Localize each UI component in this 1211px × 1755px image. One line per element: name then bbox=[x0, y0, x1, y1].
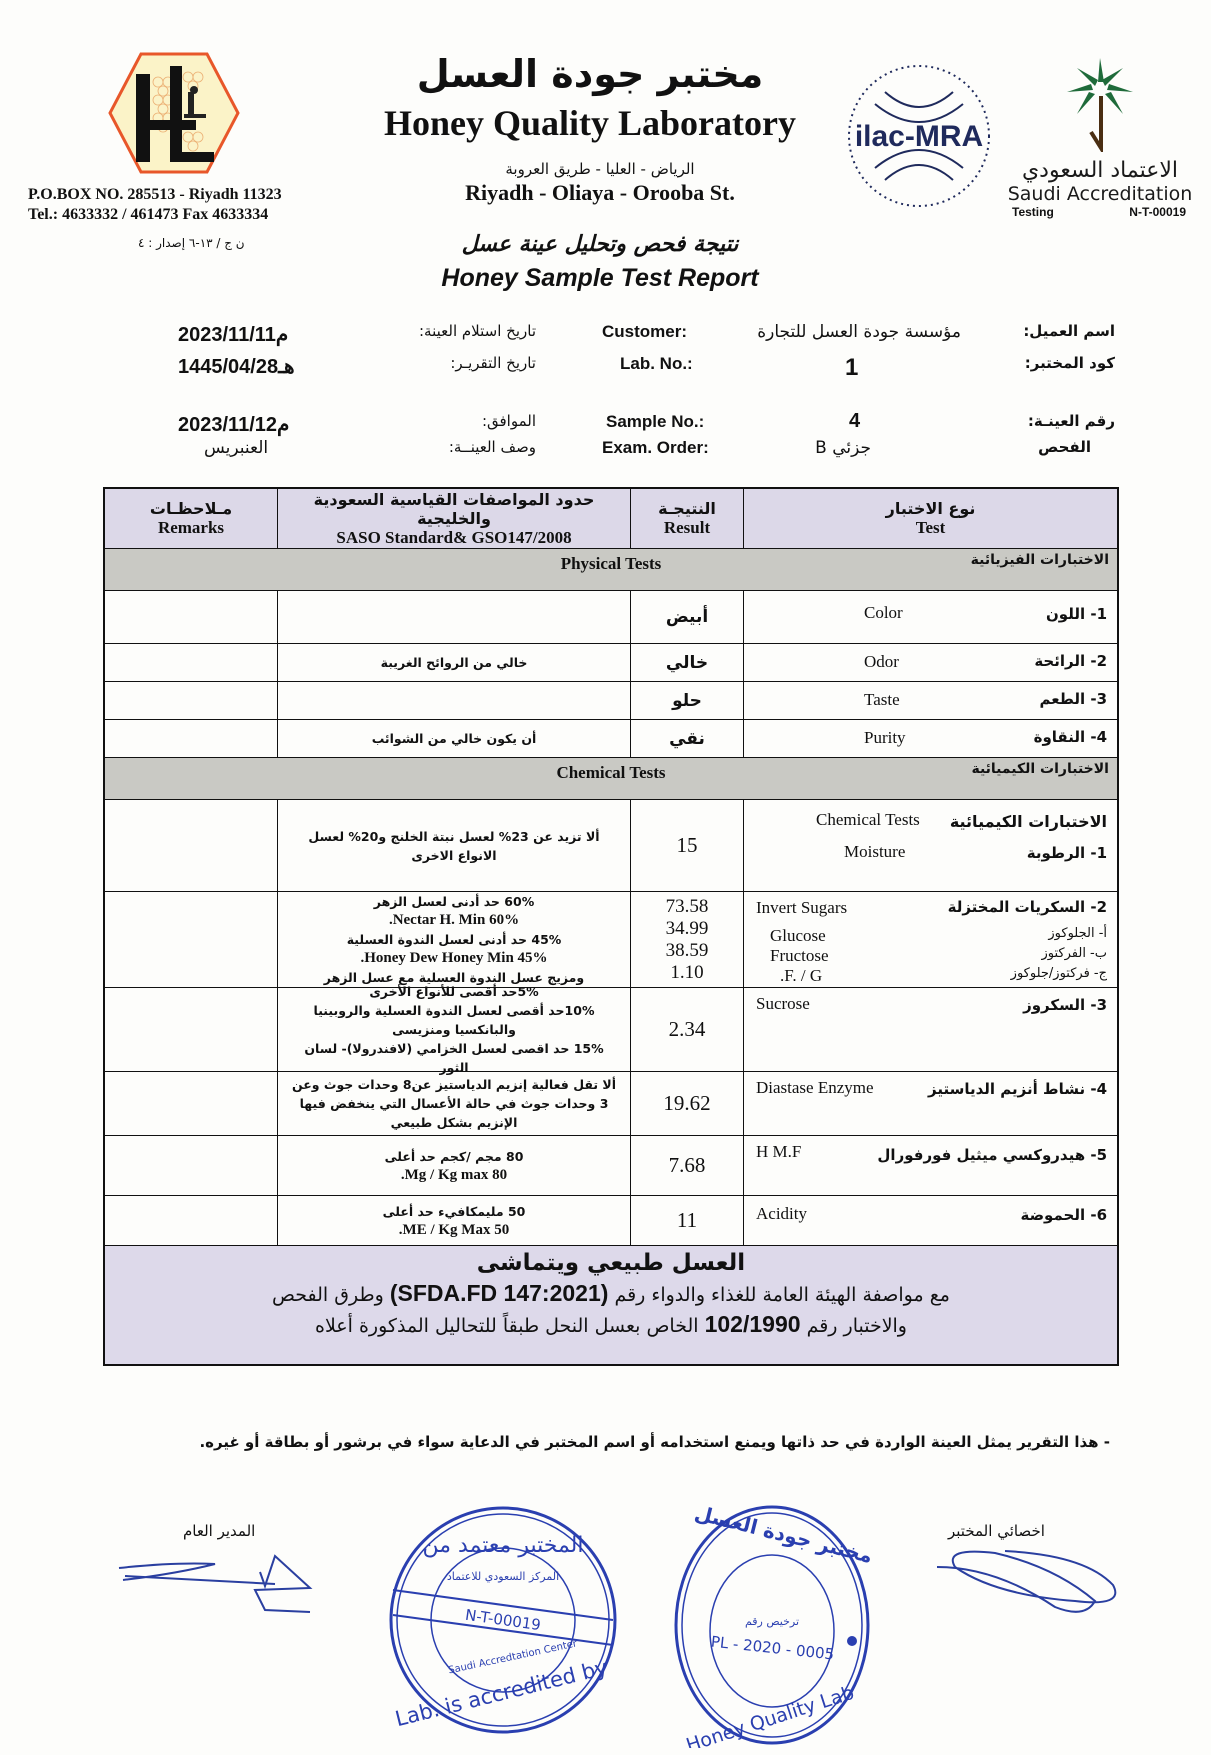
exam-order-label-en: Exam. Order: bbox=[602, 438, 709, 458]
accreditation-name-en: Saudi Accreditation bbox=[1000, 183, 1200, 205]
received-date-value: 2023/11/11م bbox=[178, 322, 288, 347]
report-date-label: تاريخ التقريـر: bbox=[450, 354, 536, 372]
verdict-line-2: مع مواصفة الهيئة العامة للغذاء والدواء ر… bbox=[105, 1280, 1117, 1307]
sample-no-label-en: Sample No.: bbox=[606, 412, 704, 432]
general-manager-signature bbox=[115, 1550, 315, 1620]
verdict-line-3: والاختبار رقم 102/1990 الخاص بعسل النحل … bbox=[105, 1311, 1117, 1338]
table-row-hmf: 5- هيدروكسي ميثيل فورفورال H M.F 7.68 80… bbox=[105, 1136, 1117, 1196]
lab-no-label-ar: كود المختبر: bbox=[1025, 354, 1115, 372]
customer-label-en: Customer: bbox=[602, 322, 687, 342]
table-row-diastase: 4- نشاط أنزيم الدياستيز Diastase Enzyme … bbox=[105, 1072, 1117, 1136]
results-table: نوع الاختبار Test النتيجـة Result حدود ا… bbox=[103, 487, 1119, 1366]
sample-no-label-ar: رقم العينـة: bbox=[1028, 412, 1115, 430]
svg-text:المختبر معتمد من: المختبر معتمد من bbox=[423, 1533, 584, 1558]
lab-no-value: 1 bbox=[845, 354, 858, 382]
table-row-sucrose: 3- السكروز Sucrose 2.34 5%حد أقصى للأنوا… bbox=[105, 988, 1117, 1072]
report-date-value: 1445/04/28هـ bbox=[178, 354, 295, 379]
palm-star-icon bbox=[1065, 56, 1135, 152]
accreditation-stamp: المختبر معتمد من المركز السعودي للاعتماد… bbox=[383, 1500, 623, 1740]
received-date-label: تاريخ استلام العينة: bbox=[419, 322, 536, 340]
svg-text:المركز السعودي للاعتماد: المركز السعودي للاعتماد bbox=[447, 1570, 559, 1583]
table-header: نوع الاختبار Test النتيجـة Result حدود ا… bbox=[105, 489, 1117, 549]
svg-text:ترخيص رقم: ترخيص رقم bbox=[745, 1615, 799, 1628]
po-box: P.O.BOX NO. 285513 - Riyadh 11323 bbox=[28, 185, 328, 205]
lab-logo bbox=[108, 52, 240, 174]
report-title-ar: نتيجة فحص وتحليل عينة عسل bbox=[410, 232, 790, 257]
lab-name-ar: مختبر جودة العسل bbox=[390, 52, 790, 96]
accreditation-code: N-T-00019 bbox=[1129, 205, 1186, 219]
table-row-color: 1- اللونColor أبيض bbox=[105, 591, 1117, 644]
honeycomb-microscope-icon bbox=[108, 52, 240, 174]
svg-text:Lab. is accredited by: Lab. is accredited by bbox=[393, 1655, 610, 1731]
sfda-standard-code: (SFDA.FD 147:2021) bbox=[390, 1280, 609, 1306]
phone-fax: Tel.: 4633332 / 461473 Fax 4633334 bbox=[28, 205, 328, 225]
ilac-mra-icon: ilac-MRA bbox=[845, 62, 993, 210]
accreditation-name-ar: الاعتماد السعودي bbox=[1000, 158, 1200, 183]
physical-tests-band: Physical Tests الاختبارات الفيزيائية bbox=[105, 549, 1117, 591]
svg-text:مختبر جودة العسل: مختبر جودة العسل bbox=[692, 1503, 872, 1568]
table-row-moisture: الاختبارات الكيميائية Chemical Tests 1- … bbox=[105, 800, 1117, 892]
location-ar: الرياض - العليا - طريق العروبة bbox=[420, 160, 780, 178]
sample-description-label: وصف العينــة: bbox=[449, 438, 536, 456]
ilac-mra-logo: ilac-MRA bbox=[845, 62, 993, 210]
exam-order-label-ar: الفحص bbox=[1038, 438, 1091, 456]
lab-name-en: Honey Quality Laboratory bbox=[380, 102, 800, 144]
lab-specialist-signature bbox=[935, 1545, 1125, 1625]
table-row-purity: 4- النقاوةPurity نقي أن يكون خالي من الش… bbox=[105, 720, 1117, 758]
lab-stamp: مختبر جودة العسل ترخيص رقم PL - 2020 - 0… bbox=[672, 1503, 872, 1748]
customer-value: مؤسسة جودة العسل للتجارة bbox=[757, 322, 961, 342]
location-en: Riyadh - Oliaya - Orooba St. bbox=[420, 180, 780, 206]
lab-specialist-label: اخصائي المختبر bbox=[948, 1522, 1045, 1540]
corresponding-date-label: الموافق: bbox=[482, 412, 536, 430]
chemical-tests-band: Chemical Tests الاختبارات الكيميائية bbox=[105, 758, 1117, 800]
table-row-taste: 3- الطعمTaste حلو bbox=[105, 682, 1117, 720]
exam-order-value: جزئي B bbox=[815, 438, 871, 458]
general-manager-label: المدير العام bbox=[183, 1522, 255, 1540]
table-row-acidity: 6- الحموضة Acidity 11 50 مليمكافيء حد أع… bbox=[105, 1196, 1117, 1246]
header-result: النتيجـة Result bbox=[630, 489, 743, 548]
verdict-title: العسل طبيعي ويتماشى bbox=[105, 1246, 1117, 1276]
svg-text:PL - 2020 - 0005: PL - 2020 - 0005 bbox=[710, 1633, 835, 1664]
customer-label-ar: اسم العميل: bbox=[1023, 322, 1115, 340]
corresponding-date-value: 2023/11/12م bbox=[178, 412, 289, 437]
report-title-en: Honey Sample Test Report bbox=[400, 264, 800, 293]
test-method-code: 102/1990 bbox=[705, 1311, 801, 1337]
table-row-invert-sugars: 2- السكريات المختزلة Invert Sugars أ- ال… bbox=[105, 892, 1117, 988]
sample-no-value: 4 bbox=[849, 410, 860, 433]
form-reference: ن ج / ١٣-٦ إصدار : ٤ bbox=[138, 236, 245, 250]
table-row-odor: 2- الرائحةOdor خالي خالي من الروائح الغر… bbox=[105, 644, 1117, 682]
header-standard: حدود المواصفات القياسية السعودية والخليج… bbox=[277, 489, 630, 548]
saudi-accreditation-logo: الاعتماد السعودي Saudi Accreditation Tes… bbox=[1000, 56, 1200, 219]
disclaimer: - هذا التقرير يمثل العينة الواردة في حد … bbox=[180, 1433, 1110, 1451]
accreditation-type: Testing bbox=[1012, 205, 1054, 219]
sample-description-value: العنبريس bbox=[204, 438, 268, 458]
verdict-box: العسل طبيعي ويتماشى مع مواصفة الهيئة الع… bbox=[105, 1246, 1117, 1364]
lab-no-label-en: Lab. No.: bbox=[620, 354, 693, 374]
header-remarks: مـلاحظـات Remarks bbox=[105, 489, 277, 548]
svg-text:ilac-MRA: ilac-MRA bbox=[855, 120, 983, 153]
header-test: نوع الاختبار Test bbox=[743, 489, 1117, 548]
